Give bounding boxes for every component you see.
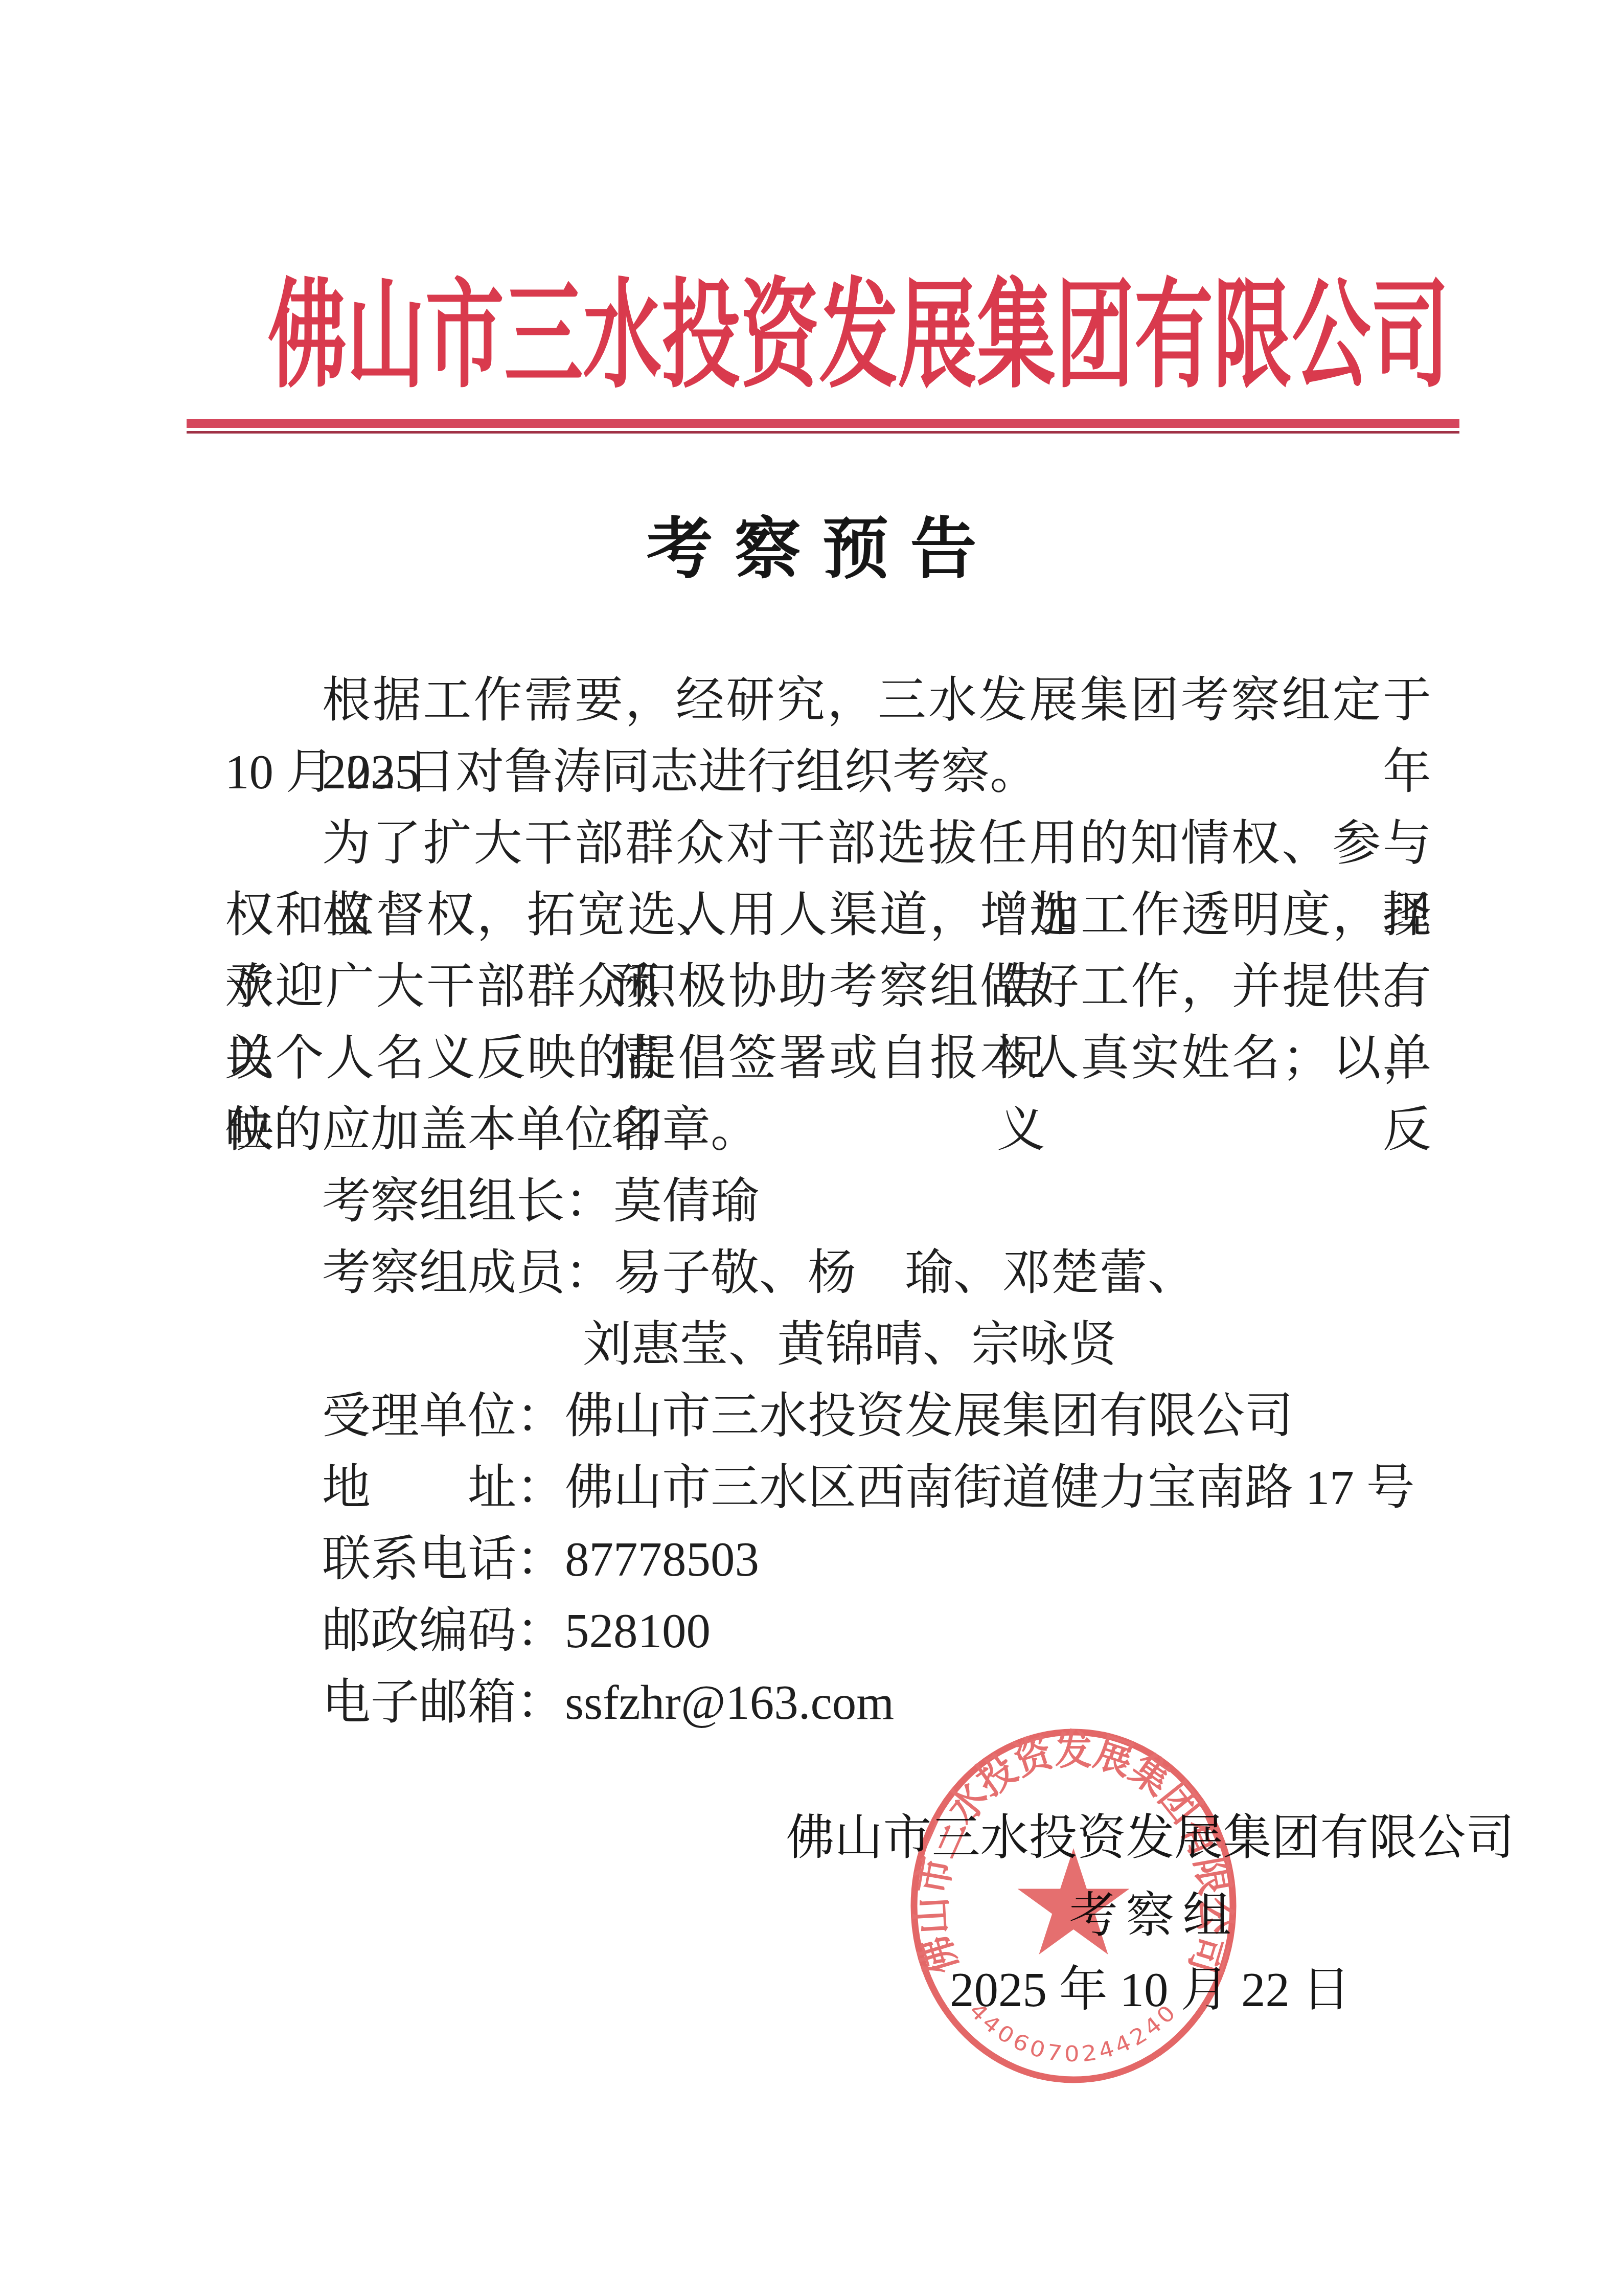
body-line-team-members: 考察组成员：易子敬、杨 瑜、邓楚蕾、 — [225, 1237, 1431, 1309]
body-line-phone: 联系电话：87778503 — [225, 1524, 1431, 1595]
letterhead-company-name: 佛山市三水投资发展集团有限公司 — [268, 275, 1355, 398]
body-line: 欢迎广大干部群众积极协助考察组做好工作，并提供有关情况， — [225, 951, 1431, 1022]
body-line-team-members-cont: 刘惠莹、黄锦晴、宗咏贤 — [225, 1309, 1431, 1380]
body-line: 为了扩大干部群众对干部选拔任用的知情权、参与权、选择 — [225, 808, 1431, 879]
body-line-team-leader: 考察组组长：莫倩瑜 — [225, 1166, 1431, 1237]
body-line: 根据工作需要，经研究，三水发展集团考察组定于 2025 年 — [225, 665, 1431, 736]
body-line-accepting-unit: 受理单位：佛山市三水投资发展集团有限公司 — [225, 1380, 1431, 1452]
stamp-star-icon — [1018, 1848, 1130, 1954]
document-title: 考察预告 — [0, 509, 1623, 590]
divider-thin-line — [187, 431, 1459, 434]
official-stamp: 佛山市三水投资发展集团有限公司 4406070244240 — [895, 1713, 1252, 2101]
letterhead-divider — [187, 419, 1459, 434]
divider-thick-line — [187, 419, 1459, 428]
document-page: 佛山市三水投资发展集团有限公司 考察预告 根据工作需要，经研究，三水发展集团考察… — [0, 0, 1623, 2296]
body-line: 权和监督权，拓宽选人用人渠道，增加工作透明度，现予预告。 — [225, 879, 1431, 951]
body-line-address: 地 址：佛山市三水区西南街道健力宝南路 17 号 — [225, 1452, 1431, 1524]
document-body: 根据工作需要，经研究，三水发展集团考察组定于 2025 年 10 月 23 日对… — [225, 665, 1431, 1738]
body-line: 以个人名义反映的提倡签署或自报本人真实姓名；以单位名义反 — [225, 1022, 1431, 1094]
body-line-postcode: 邮政编码：528100 — [225, 1595, 1431, 1667]
